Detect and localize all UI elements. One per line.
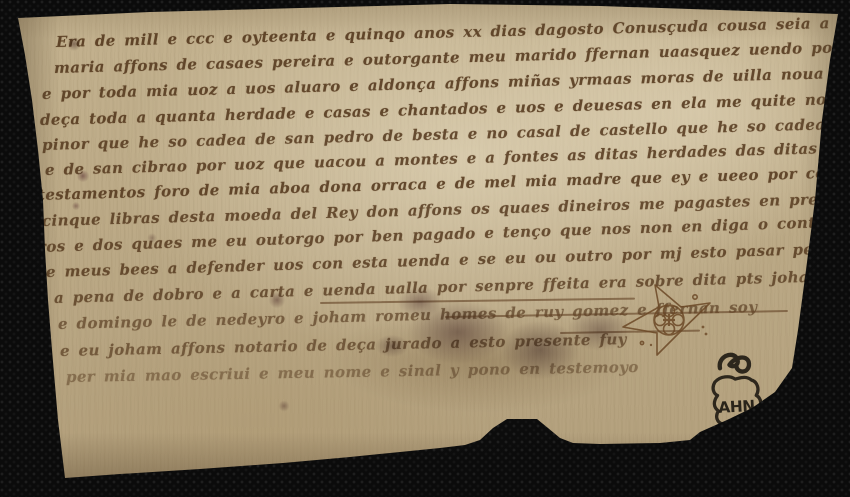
manuscript-line: per mia mao escriui e meu nome e sinal y… (66, 357, 639, 387)
photo-background: Era de mill e ccc e oyteenta e quinqo an… (0, 0, 850, 497)
parchment-document: Era de mill e ccc e oyteenta e quinqo an… (0, 0, 850, 497)
stamp-letters: AHN (718, 397, 755, 417)
manuscript-line: e eu joham affons notario de deça jurado… (60, 329, 627, 361)
archive-stamp: AHN (704, 349, 767, 444)
